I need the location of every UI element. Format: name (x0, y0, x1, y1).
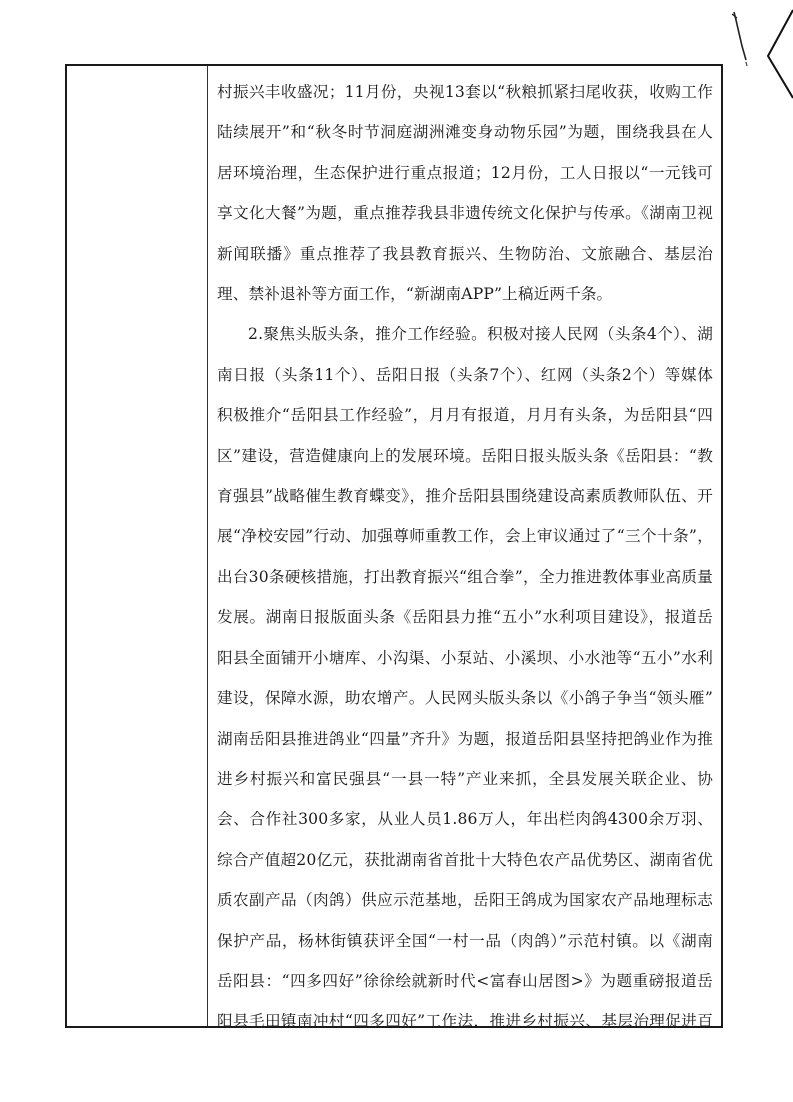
corner-mark-icon (720, 0, 793, 110)
paragraph-2: 2.聚焦头版头条，推介工作经验。积极对接人民网（头条4个）、湖南日报（头条11个… (217, 314, 713, 1026)
table-label-cell (67, 66, 208, 1026)
document-table: 村振兴丰收盛况；11月份，央视13套以“秋粮抓紧扫尾收获，收购工作陆续展开”和“… (65, 64, 723, 1028)
paragraph-1: 村振兴丰收盛况；11月份，央视13套以“秋粮抓紧扫尾收获，收购工作陆续展开”和“… (217, 72, 713, 314)
table-content-cell: 村振兴丰收盛况；11月份，央视13套以“秋粮抓紧扫尾收获，收购工作陆续展开”和“… (208, 66, 721, 1026)
